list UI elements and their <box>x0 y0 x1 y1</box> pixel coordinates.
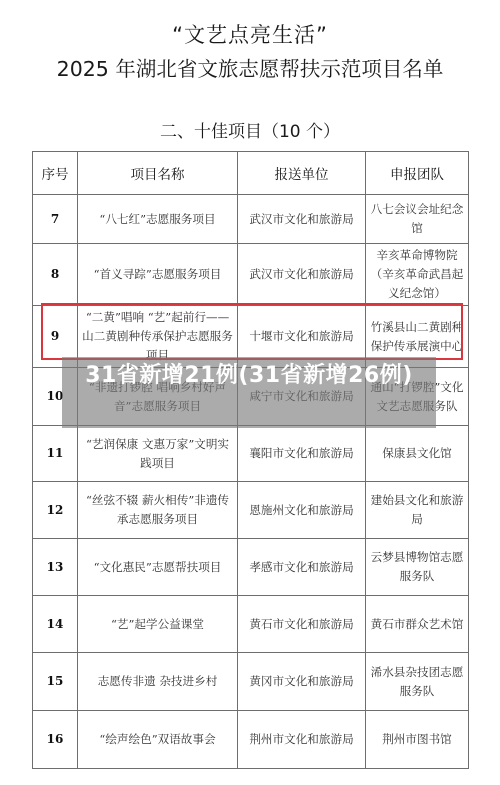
row-unit: 孝感市文化和旅游局 <box>238 539 366 596</box>
table-header-row: 序号 项目名称 报送单位 申报团队 <box>33 152 469 195</box>
row-project: “绘声绘色”双语故事会 <box>78 711 238 769</box>
row-no: 13 <box>33 539 78 596</box>
document-title: “文艺点亮生活” <box>0 20 500 50</box>
row-unit: 襄阳市文化和旅游局 <box>238 426 366 482</box>
row-project: “文化惠民”志愿帮扶项目 <box>78 539 238 596</box>
table-row: 12 “丝弦不辍 薪火相传”非遗传承志愿服务项目 恩施州文化和旅游局 建始县文化… <box>33 482 469 539</box>
row-unit: 黄石市文化和旅游局 <box>238 596 366 653</box>
table-row: 8 “首义寻踪”志愿服务项目 武汉市文化和旅游局 辛亥革命博物院（辛亥革命武昌起… <box>33 244 469 306</box>
row-no: 15 <box>33 653 78 711</box>
row-project: “艺润保康 文惠万家”文明实践项目 <box>78 426 238 482</box>
row-no: 7 <box>33 195 78 244</box>
table-row: 11 “艺润保康 文惠万家”文明实践项目 襄阳市文化和旅游局 保康县文化馆 <box>33 426 469 482</box>
row-project: “艺”起学公益课堂 <box>78 596 238 653</box>
row-unit: 武汉市文化和旅游局 <box>238 244 366 306</box>
table-row: 7 “八七红”志愿服务项目 武汉市文化和旅游局 八七会议会址纪念馆 <box>33 195 469 244</box>
row-team: 黄石市群众艺术馆 <box>366 596 469 653</box>
header-project: 项目名称 <box>78 152 238 195</box>
row-unit: 黄冈市文化和旅游局 <box>238 653 366 711</box>
row-team: 建始县文化和旅游局 <box>366 482 469 539</box>
row-unit: 荆州市文化和旅游局 <box>238 711 366 769</box>
row-team: 浠水县杂技团志愿服务队 <box>366 653 469 711</box>
row-team: 荆州市图书馆 <box>366 711 469 769</box>
overlay-headline: 31省新增21例(31省新增26例) <box>62 362 436 390</box>
row-project: “丝弦不辍 薪火相传”非遗传承志愿服务项目 <box>78 482 238 539</box>
row-project: “首义寻踪”志愿服务项目 <box>78 244 238 306</box>
row-no: 14 <box>33 596 78 653</box>
header-unit: 报送单位 <box>238 152 366 195</box>
header-no: 序号 <box>33 152 78 195</box>
row-no: 11 <box>33 426 78 482</box>
table-row: 16 “绘声绘色”双语故事会 荆州市文化和旅游局 荆州市图书馆 <box>33 711 469 769</box>
header-team: 申报团队 <box>366 152 469 195</box>
document-subtitle: 2025 年湖北省文旅志愿帮扶示范项目名单 <box>0 54 500 84</box>
row-no: 8 <box>33 244 78 306</box>
row-team: 云梦县博物馆志愿服务队 <box>366 539 469 596</box>
table-row: 14 “艺”起学公益课堂 黄石市文化和旅游局 黄石市群众艺术馆 <box>33 596 469 653</box>
row-no: 12 <box>33 482 78 539</box>
row-team: 八七会议会址纪念馆 <box>366 195 469 244</box>
row-project: 志愿传非遗 杂技进乡村 <box>78 653 238 711</box>
row-team: 保康县文化馆 <box>366 426 469 482</box>
project-table: 序号 项目名称 报送单位 申报团队 7 “八七红”志愿服务项目 武汉市文化和旅游… <box>32 151 469 769</box>
row-unit: 恩施州文化和旅游局 <box>238 482 366 539</box>
section-heading: 二、十佳项目（10 个） <box>0 120 500 144</box>
row-no: 16 <box>33 711 78 769</box>
table-row: 13 “文化惠民”志愿帮扶项目 孝感市文化和旅游局 云梦县博物馆志愿服务队 <box>33 539 469 596</box>
row-team: 辛亥革命博物院（辛亥革命武昌起义纪念馆） <box>366 244 469 306</box>
row-unit: 武汉市文化和旅游局 <box>238 195 366 244</box>
row-project: “八七红”志愿服务项目 <box>78 195 238 244</box>
table-row: 15 志愿传非遗 杂技进乡村 黄冈市文化和旅游局 浠水县杂技团志愿服务队 <box>33 653 469 711</box>
